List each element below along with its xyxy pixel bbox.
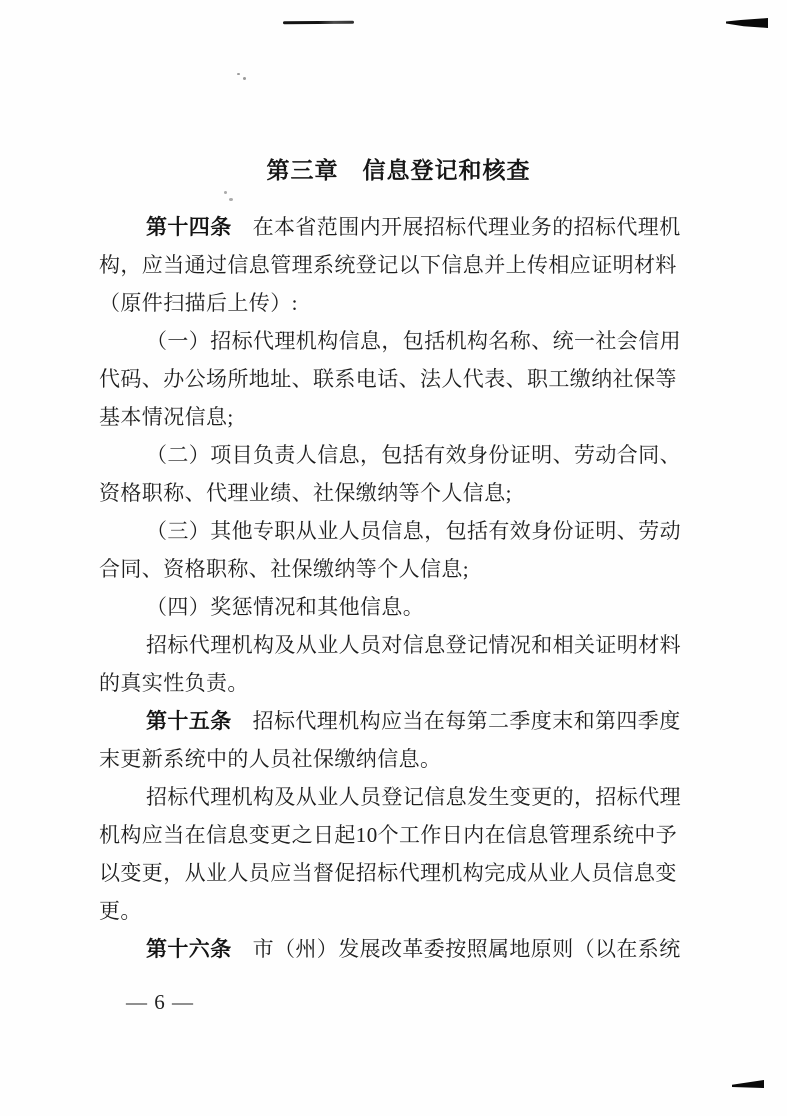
article-16-text-1: 市（州）发展改革委按照属地原则（以在系统 [253,937,681,961]
article-14-number: 第十四条 [146,216,232,239]
change-para-line-3: 以变更，从业人员应当督促招标代理机构完成从业人员信息变 [99,854,676,892]
article-14-line-3: （原件扫描后上传）: [99,284,676,322]
scanned-document-page: 第三章 信息登记和核查 第十四条在本省范围内开展招标代理业务的招标代理机 构，应… [0,0,787,1116]
document-body: 第三章 信息登记和核查 第十四条在本省范围内开展招标代理业务的招标代理机 构，应… [99,158,676,968]
responsibility-line-2: 的真实性负责。 [99,664,676,702]
article-15-number: 第十五条 [146,710,232,733]
ink-mark-top-right-artifact [726,18,768,28]
article-14-text-1: 在本省范围内开展招标代理业务的招标代理机 [253,215,681,239]
page-number: — 6 — [126,991,194,1013]
article-15-line-1: 第十五条招标代理机构应当在每第二季度末和第四季度 [99,702,676,740]
article-16-number: 第十六条 [146,938,232,961]
pencil-speck [243,77,246,80]
item-2-line-2: 资格职称、代理业绩、社保缴纳等个人信息; [99,474,676,512]
article-14-line-1: 第十四条在本省范围内开展招标代理业务的招标代理机 [99,208,676,246]
change-para-line-1: 招标代理机构及从业人员登记信息发生变更的，招标代理 [99,778,676,816]
item-1-line-3: 基本情况信息; [99,398,676,436]
pencil-speck [237,73,240,75]
responsibility-line-1: 招标代理机构及从业人员对信息登记情况和相关证明材料 [99,626,676,664]
change-para-line-2: 机构应当在信息变更之日起10个工作日内在信息管理系统中予 [99,816,676,854]
article-14-line-2: 构，应当通过信息管理系统登记以下信息并上传相应证明材料 [99,246,676,284]
item-1-line-2: 代码、办公场所地址、联系电话、法人代表、职工缴纳社保等 [99,360,676,398]
article-15-line-2: 末更新系统中的人员社保缴纳信息。 [99,740,676,778]
item-3-line-2: 合同、资格职称、社保缴纳等个人信息; [99,550,676,588]
item-2-line-1: （二）项目负责人信息，包括有效身份证明、劳动合同、 [99,436,676,474]
ink-mark-bottom-right-artifact [732,1080,764,1088]
article-16-line-1: 第十六条市（州）发展改革委按照属地原则（以在系统 [99,930,676,968]
item-3-line-1: （三）其他专职从业人员信息，包括有效身份证明、劳动 [99,512,676,550]
item-4-line-1: （四）奖惩情况和其他信息。 [99,588,676,626]
chapter-title: 第三章 信息登记和核查 [99,158,676,182]
ink-line-artifact [283,21,354,24]
item-1-line-1: （一）招标代理机构信息，包括机构名称、统一社会信用 [99,322,676,360]
article-15-text-1: 招标代理机构应当在每第二季度末和第四季度 [253,709,681,733]
change-para-line-4: 更。 [99,892,676,930]
